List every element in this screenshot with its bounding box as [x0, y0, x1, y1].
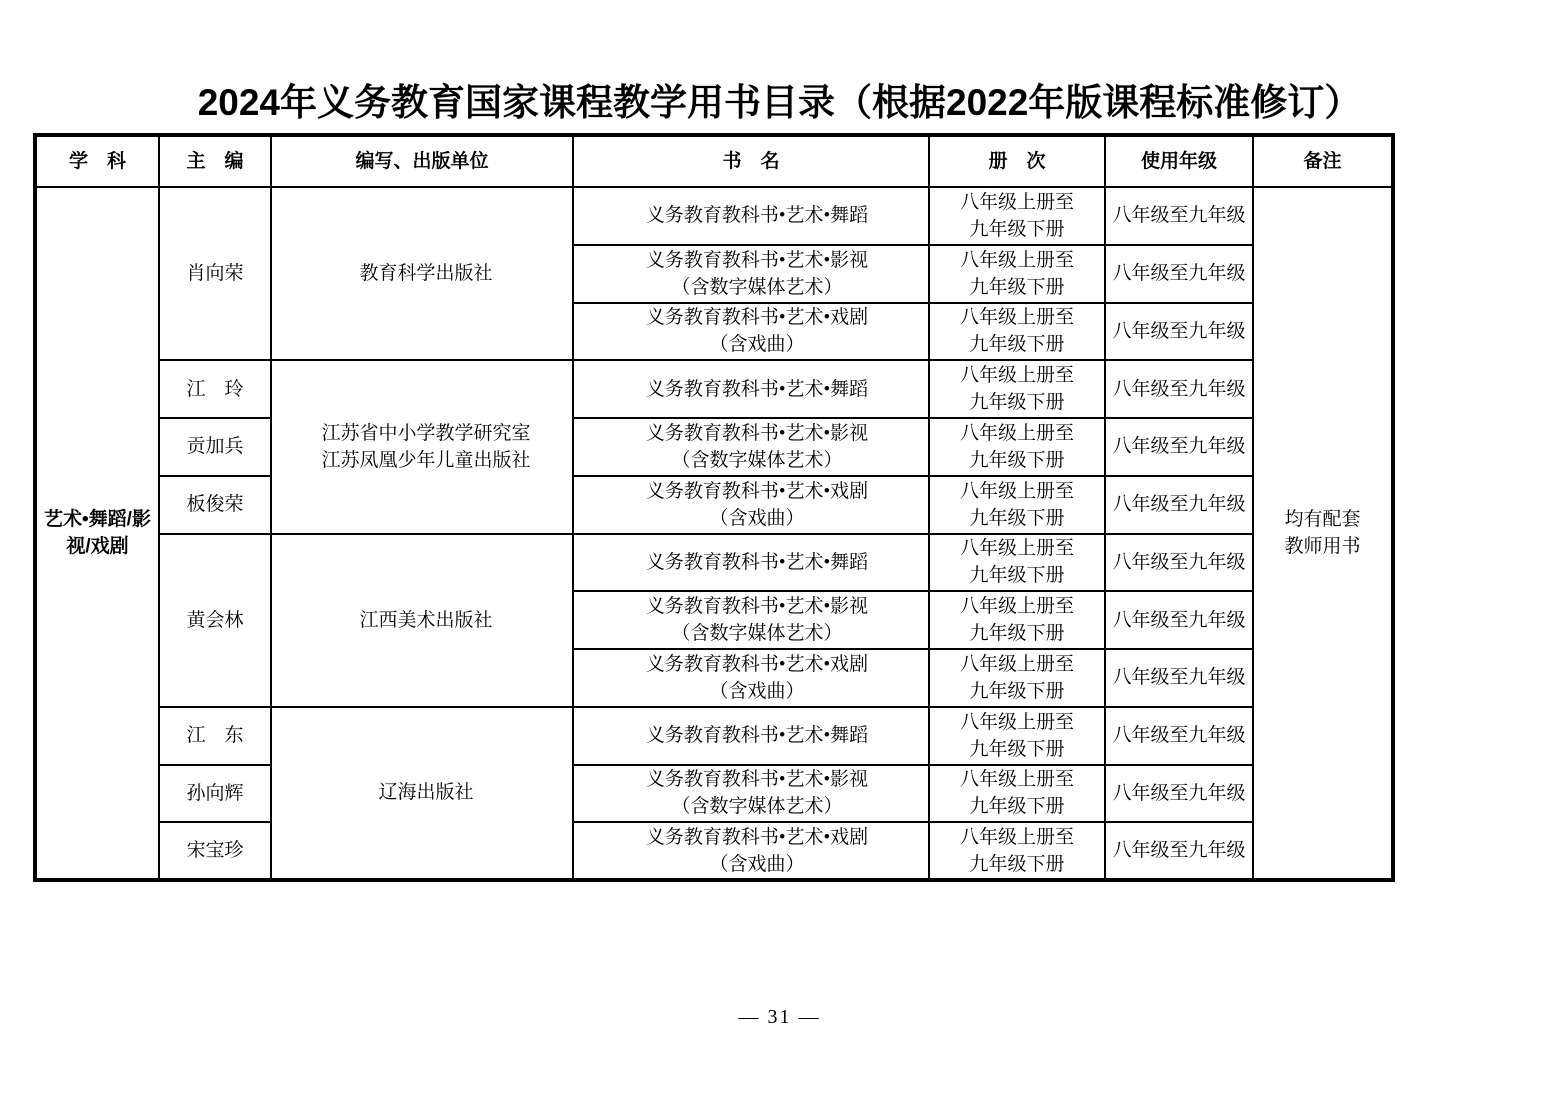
grade-cell: 八年级至九年级 — [1105, 476, 1253, 534]
grade-cell: 八年级至九年级 — [1105, 822, 1253, 880]
volume-cell: 八年级上册至 九年级下册 — [929, 649, 1105, 707]
grade-cell: 八年级至九年级 — [1105, 707, 1253, 765]
grade-cell: 八年级至九年级 — [1105, 418, 1253, 476]
book-title-cell: 义务教育教科书•艺术•影视 （含数字媒体艺术） — [573, 591, 929, 649]
volume-cell: 八年级上册至 九年级下册 — [929, 476, 1105, 534]
table-row: 江 东 辽海出版社 义务教育教科书•艺术•舞蹈 八年级上册至 九年级下册 八年级… — [35, 707, 1393, 765]
remark-cell: 均有配套 教师用书 — [1253, 187, 1393, 880]
editor-cell: 江 东 — [159, 707, 271, 765]
table-row: 贡加兵 义务教育教科书•艺术•影视 （含数字媒体艺术） 八年级上册至 九年级下册… — [35, 418, 1393, 476]
book-title-cell: 义务教育教科书•艺术•舞蹈 — [573, 707, 929, 765]
editor-cell: 孙向辉 — [159, 765, 271, 823]
volume-cell: 八年级上册至 九年级下册 — [929, 418, 1105, 476]
editor-cell: 江 玲 — [159, 360, 271, 418]
table-row: 黄会林 江西美术出版社 义务教育教科书•艺术•舞蹈 八年级上册至 九年级下册 八… — [35, 534, 1393, 592]
editor-cell: 贡加兵 — [159, 418, 271, 476]
table-row: 江 玲 江苏省中小学教学研究室 江苏凤凰少年儿童出版社 义务教育教科书•艺术•舞… — [35, 360, 1393, 418]
book-title-cell: 义务教育教科书•艺术•影视 （含数字媒体艺术） — [573, 418, 929, 476]
grade-cell: 八年级至九年级 — [1105, 591, 1253, 649]
book-title-cell: 义务教育教科书•艺术•影视 （含数字媒体艺术） — [573, 765, 929, 823]
book-title-cell: 义务教育教科书•艺术•舞蹈 — [573, 187, 929, 245]
publisher-cell: 江西美术出版社 — [271, 534, 573, 707]
volume-cell: 八年级上册至 九年级下册 — [929, 534, 1105, 592]
book-title-cell: 义务教育教科书•艺术•戏剧 （含戏曲） — [573, 303, 929, 361]
editor-cell: 黄会林 — [159, 534, 271, 707]
grade-cell: 八年级至九年级 — [1105, 765, 1253, 823]
grade-cell: 八年级至九年级 — [1105, 303, 1253, 361]
publisher-cell: 辽海出版社 — [271, 707, 573, 880]
editor-cell: 板俊荣 — [159, 476, 271, 534]
editor-cell: 宋宝珍 — [159, 822, 271, 880]
col-header-remark: 备注 — [1253, 135, 1393, 187]
book-title-cell: 义务教育教科书•艺术•戏剧 （含戏曲） — [573, 476, 929, 534]
book-title-cell: 义务教育教科书•艺术•舞蹈 — [573, 534, 929, 592]
textbook-catalog-table: 学 科 主 编 编写、出版单位 书 名 册 次 使用年级 备注 艺术•舞蹈/影 … — [33, 133, 1395, 882]
volume-cell: 八年级上册至 九年级下册 — [929, 245, 1105, 303]
col-header-volume: 册 次 — [929, 135, 1105, 187]
col-header-editor: 主 编 — [159, 135, 271, 187]
volume-cell: 八年级上册至 九年级下册 — [929, 591, 1105, 649]
table-row: 板俊荣 义务教育教科书•艺术•戏剧 （含戏曲） 八年级上册至 九年级下册 八年级… — [35, 476, 1393, 534]
page-title: 2024年义务教育国家课程教学用书目录（根据2022年版课程标准修订） — [0, 72, 1559, 126]
grade-cell: 八年级至九年级 — [1105, 187, 1253, 245]
grade-cell: 八年级至九年级 — [1105, 649, 1253, 707]
volume-cell: 八年级上册至 九年级下册 — [929, 707, 1105, 765]
col-header-grade: 使用年级 — [1105, 135, 1253, 187]
subject-cell: 艺术•舞蹈/影 视/戏剧 — [35, 187, 159, 880]
volume-cell: 八年级上册至 九年级下册 — [929, 303, 1105, 361]
grade-cell: 八年级至九年级 — [1105, 534, 1253, 592]
col-header-subject: 学 科 — [35, 135, 159, 187]
publisher-cell: 教育科学出版社 — [271, 187, 573, 360]
publisher-cell: 江苏省中小学教学研究室 江苏凤凰少年儿童出版社 — [271, 360, 573, 533]
volume-cell: 八年级上册至 九年级下册 — [929, 360, 1105, 418]
table-row: 孙向辉 义务教育教科书•艺术•影视 （含数字媒体艺术） 八年级上册至 九年级下册… — [35, 765, 1393, 823]
book-title-cell: 义务教育教科书•艺术•舞蹈 — [573, 360, 929, 418]
book-title-cell: 义务教育教科书•艺术•影视 （含数字媒体艺术） — [573, 245, 929, 303]
document-page: 2024年义务教育国家课程教学用书目录（根据2022年版课程标准修订） 学 科 … — [0, 0, 1559, 1102]
table-row: 艺术•舞蹈/影 视/戏剧 肖向荣 教育科学出版社 义务教育教科书•艺术•舞蹈 八… — [35, 187, 1393, 245]
book-title-cell: 义务教育教科书•艺术•戏剧 （含戏曲） — [573, 649, 929, 707]
volume-cell: 八年级上册至 九年级下册 — [929, 187, 1105, 245]
page-number: — 31 — — [0, 1006, 1559, 1029]
col-header-book: 书 名 — [573, 135, 929, 187]
volume-cell: 八年级上册至 九年级下册 — [929, 822, 1105, 880]
table-header-row: 学 科 主 编 编写、出版单位 书 名 册 次 使用年级 备注 — [35, 135, 1393, 187]
col-header-publisher: 编写、出版单位 — [271, 135, 573, 187]
editor-cell: 肖向荣 — [159, 187, 271, 360]
grade-cell: 八年级至九年级 — [1105, 360, 1253, 418]
grade-cell: 八年级至九年级 — [1105, 245, 1253, 303]
volume-cell: 八年级上册至 九年级下册 — [929, 765, 1105, 823]
table-row: 宋宝珍 义务教育教科书•艺术•戏剧 （含戏曲） 八年级上册至 九年级下册 八年级… — [35, 822, 1393, 880]
book-title-cell: 义务教育教科书•艺术•戏剧 （含戏曲） — [573, 822, 929, 880]
